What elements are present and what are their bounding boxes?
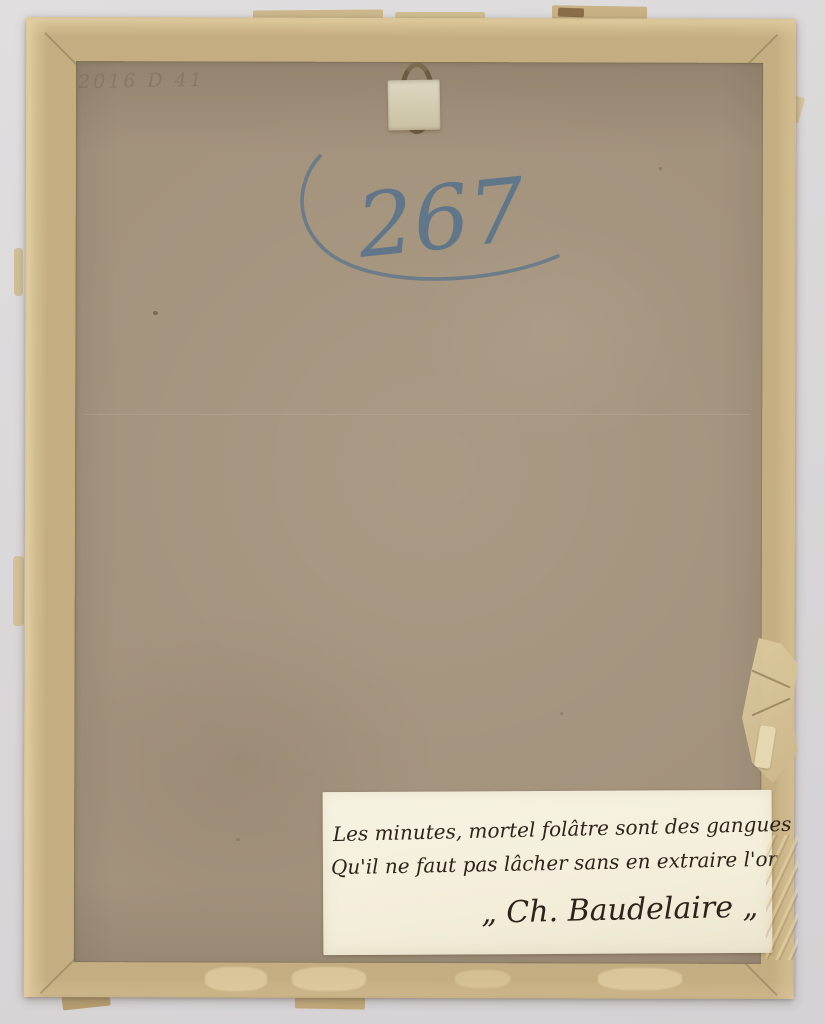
tear-mark xyxy=(13,556,24,626)
photo-backdrop: 2016 D 41 267 Les minutes, mortel folâtr… xyxy=(0,0,825,1024)
tape-fold-highlight xyxy=(24,17,49,997)
pencil-inscription: 2016 D 41 xyxy=(78,69,205,93)
label-line-1: Les minutes, mortel folâtre sont des gan… xyxy=(333,812,792,846)
worn-patch xyxy=(598,968,682,990)
stain-spot xyxy=(659,167,662,170)
inventory-number-graphic: 267 xyxy=(296,146,576,306)
tape-patch xyxy=(388,80,441,131)
stain-spot xyxy=(236,838,240,841)
stain-spot xyxy=(153,311,158,315)
worn-patch xyxy=(455,970,510,988)
worn-patch xyxy=(205,967,267,991)
inventory-number: 267 xyxy=(351,158,530,278)
tape-fold-highlight xyxy=(26,17,796,39)
tear-mark xyxy=(14,248,23,296)
label-signature: „ Ch. Baudelaire „ xyxy=(481,889,759,930)
crease-line xyxy=(85,414,750,416)
tape-crease xyxy=(766,835,798,960)
stain-spot xyxy=(560,712,563,715)
quote-label: Les minutes, mortel folâtre sont des gan… xyxy=(323,790,773,955)
tear-mark xyxy=(558,8,584,18)
worn-patch xyxy=(292,967,366,991)
label-line-2: Qu'il ne faut pas lâcher sans en extrair… xyxy=(331,847,778,880)
